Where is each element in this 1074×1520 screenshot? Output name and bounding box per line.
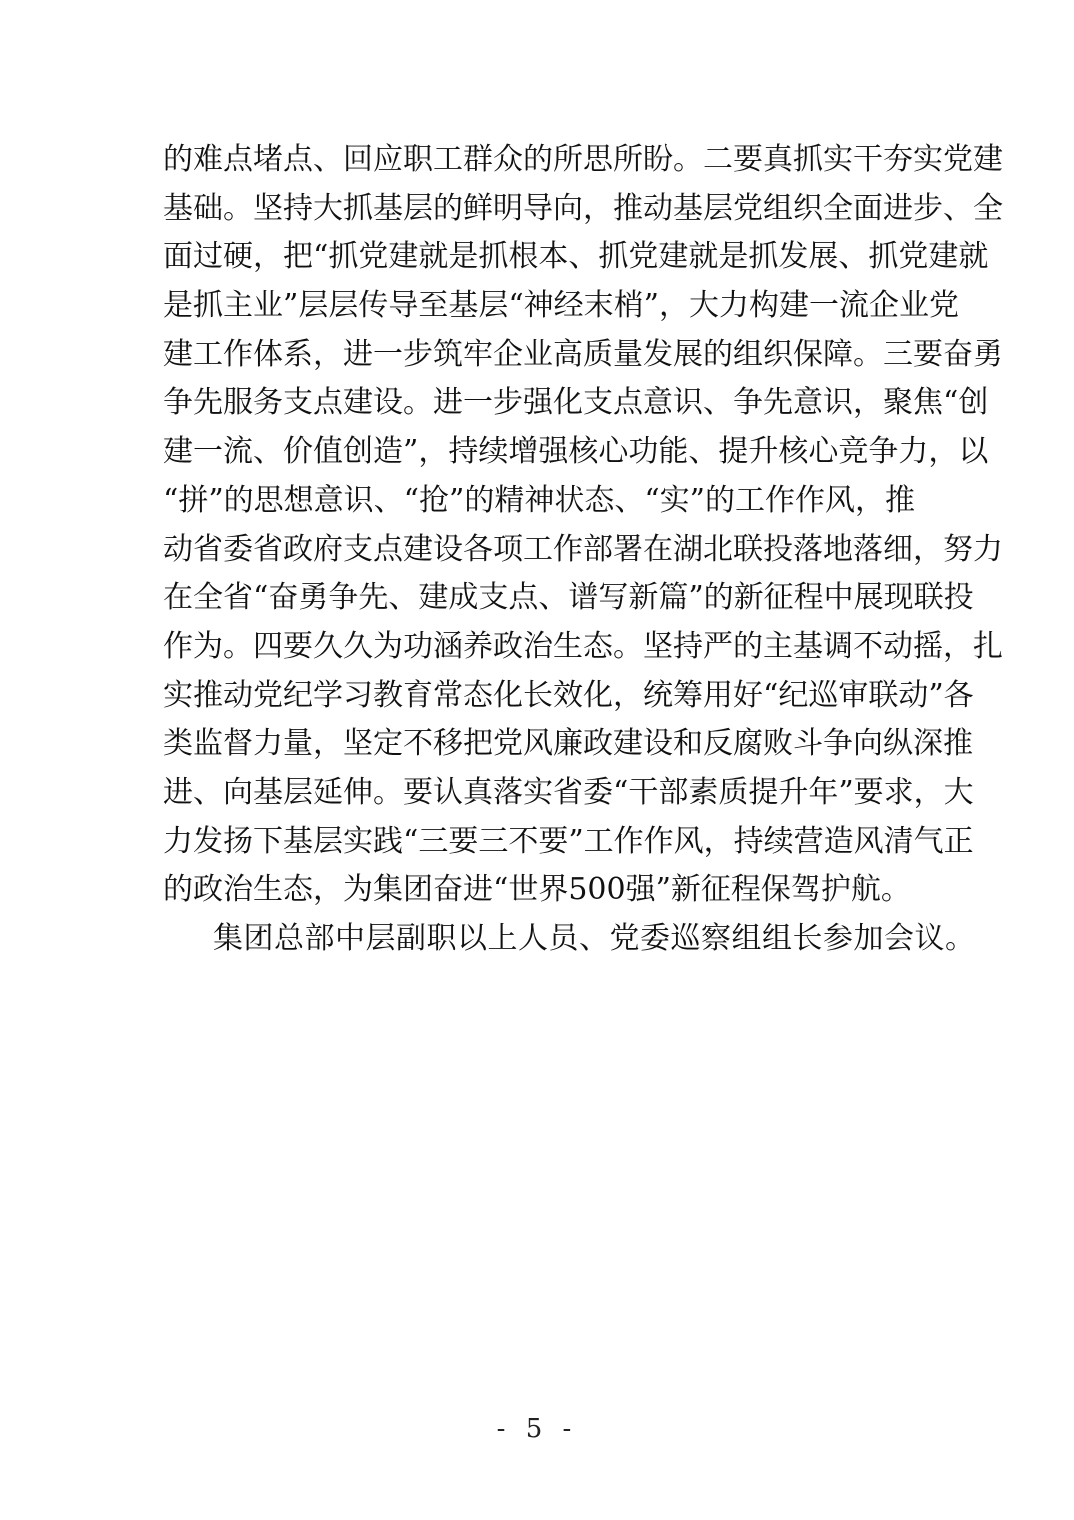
text-line: 建工作体系，进一步筑牢企业高质量发展的组织保障。三要奋勇: [163, 331, 915, 380]
text-line: 是抓主业”层层传导至基层“神经末梢”，大力构建一流企业党: [163, 282, 915, 331]
text-line: 建一流、价值创造”，持续增强核心功能、提升核心竞争力，以: [163, 428, 915, 477]
text-line: 进、向基层延伸。要认真落实省委“干部素质提升年”要求，大: [163, 769, 915, 818]
text-line: 实推动党纪学习教育常态化长效化，统筹用好“纪巡审联动”各: [163, 672, 915, 721]
document-page: 的难点堵点、回应职工群众的所思所盼。二要真抓实干夯实党建 基础。坚持大抓基层的鲜…: [0, 0, 1074, 1520]
text-line: 在全省“奋勇争先、建成支点、谱写新篇”的新征程中展现联投: [163, 574, 915, 623]
text-line: “拼”的思想意识、“抢”的精神状态、“实”的工作作风，推: [163, 477, 915, 526]
text-line: 争先服务支点建设。进一步强化支点意识、争先意识，聚焦“创: [163, 379, 915, 428]
paragraph-body: 的难点堵点、回应职工群众的所思所盼。二要真抓实干夯实党建 基础。坚持大抓基层的鲜…: [163, 136, 915, 915]
text-line: 面过硬，把“抓党建就是抓根本、抓党建就是抓发展、抓党建就: [163, 233, 915, 282]
text-line: 基础。坚持大抓基层的鲜明导向，推动基层党组织全面进步、全: [163, 185, 915, 234]
text-line: 力发扬下基层实践“三要三不要”工作作风，持续营造风清气正: [163, 818, 915, 867]
text-line: 动省委省政府支点建设各项工作部署在湖北联投落地落细，努力: [163, 526, 915, 575]
text-line: 类监督力量，坚定不移把党风廉政建设和反腐败斗争向纵深推: [163, 720, 915, 769]
text-line: 的政治生态，为集团奋进“世界500强”新征程保驾护航。: [163, 866, 915, 915]
attendance-paragraph: 集团总部中层副职以上人员、党委巡察组组长参加会议。: [213, 915, 976, 964]
text-line: 作为。四要久久为功涵养政治生态。坚持严的主基调不动摇，扎: [163, 623, 915, 672]
page-number: - 5 -: [0, 1412, 1074, 1446]
text-line: 的难点堵点、回应职工群众的所思所盼。二要真抓实干夯实党建: [163, 136, 915, 185]
